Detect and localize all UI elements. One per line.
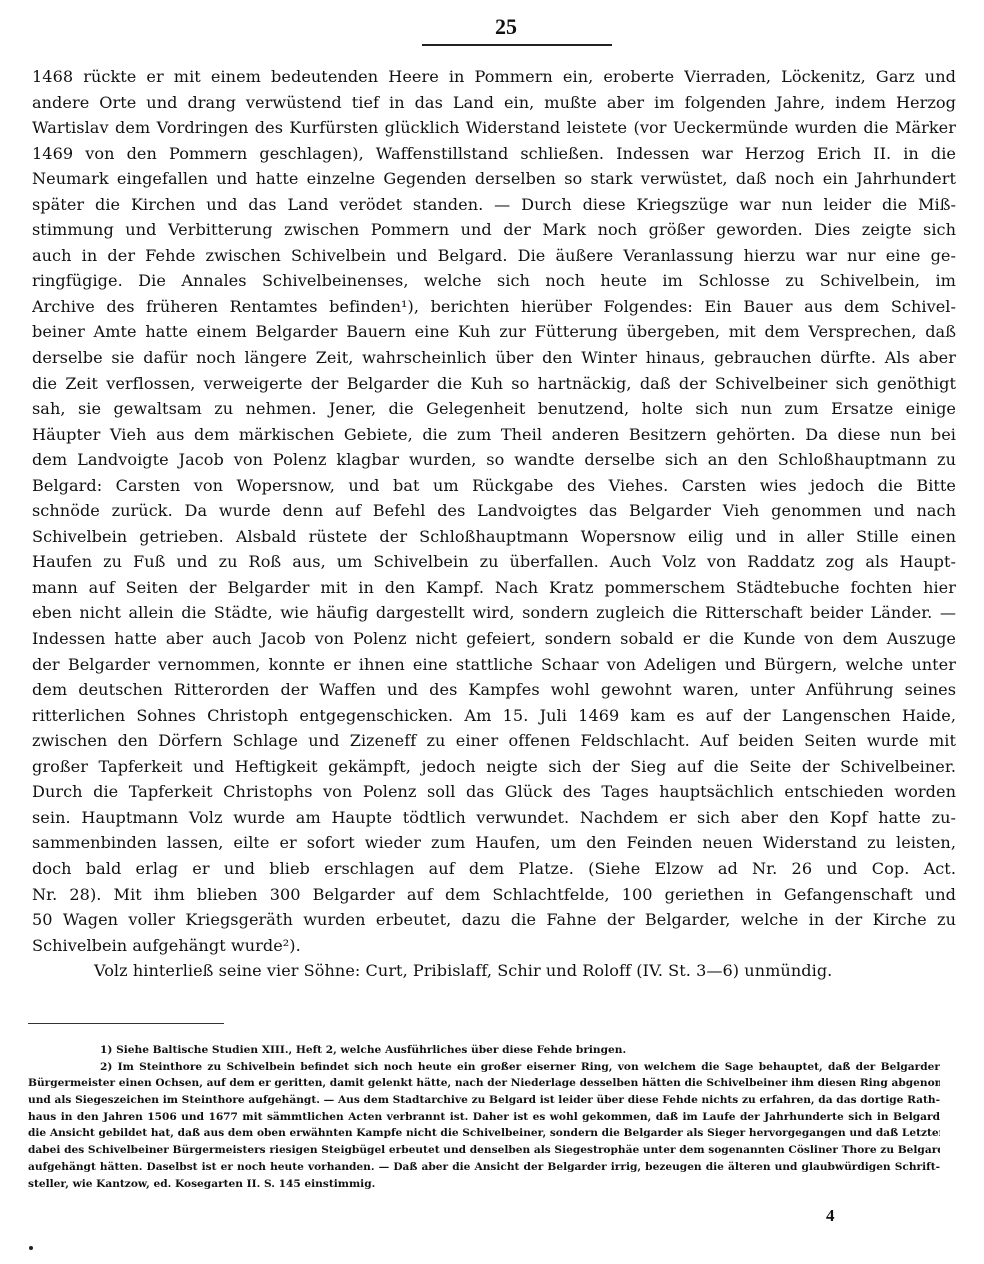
footnote-2-line: haus in den Jahren 1506 und 1677 mit säm… [28, 1109, 940, 1126]
header-rule [422, 44, 612, 46]
page-header: 25 [0, 14, 984, 40]
text-line: stimmung und Verbitterung zwischen Pomme… [32, 217, 956, 243]
text-line: mann auf Seiten der Belgarder mit in den… [32, 575, 956, 601]
footnote-2-line: steller, wie Kantzow, ed. Kosegarten II.… [28, 1176, 940, 1193]
footnote-2-line: aufgehängt hätten. Daselbst ist er noch … [28, 1159, 940, 1176]
text-line: Archive des früheren Rentamtes befinden¹… [32, 294, 956, 320]
text-line: Durch die Tapferkeit Christophs von Pole… [32, 779, 956, 805]
text-line: derselbe sie dafür noch längere Zeit, wa… [32, 345, 956, 371]
text-line: der Belgarder vernommen, konnte er ihnen… [32, 652, 956, 678]
footnote-2-line: die Ansicht gebildet hat, daß aus dem ob… [28, 1125, 940, 1142]
text-line: die Zeit verflossen, verweigerte der Bel… [32, 371, 956, 397]
text-line: Schivelbein aufgehängt wurde²). [32, 933, 956, 959]
footnote-separator [28, 1023, 224, 1024]
text-line: 1469 von den Pommern geschlagen), Waffen… [32, 141, 956, 167]
closing-paragraph: Volz hinterließ seine vier Söhne: Curt, … [32, 958, 956, 984]
text-line: ritterlichen Sohnes Christoph entgegensc… [32, 703, 956, 729]
main-text: 1468 rückte er mit einem bedeutenden Hee… [32, 64, 956, 984]
text-line: doch bald erlag er und blieb erschlagen … [32, 856, 956, 882]
text-line: dem deutschen Ritterorden der Waffen und… [32, 677, 956, 703]
text-line: später die Kirchen und das Land verödet … [32, 192, 956, 218]
text-line: beiner Amte hatte einem Belgarder Bauern… [32, 319, 956, 345]
text-line: sah, sie gewaltsam zu nehmen. Jener, die… [32, 396, 956, 422]
footnote-2-line: 2) Im Steinthore zu Schivelbein befindet… [28, 1059, 940, 1076]
text-line: Haufen zu Fuß und zu Roß aus, um Schivel… [32, 549, 956, 575]
text-line: Neumark eingefallen und hatte einzelne G… [32, 166, 956, 192]
text-line: Wartislav dem Vordringen des Kurfürsten … [32, 115, 956, 141]
text-line: eben nicht allein die Städte, wie häufig… [32, 600, 956, 626]
text-line: Belgard: Carsten von Wopersnow, und bat … [32, 473, 956, 499]
footnote-1: 1) Siehe Baltische Studien XIII., Heft 2… [28, 1042, 940, 1059]
text-line: schnöde zurück. Da wurde denn auf Befehl… [32, 498, 956, 524]
footnote-2-line: dabei des Schivelbeiner Bürgermeisters r… [28, 1142, 940, 1159]
footnotes: 1) Siehe Baltische Studien XIII., Heft 2… [28, 1042, 940, 1192]
signature-mark: 4 [826, 1206, 835, 1226]
text-line: Nr. 28). Mit ihm blieben 300 Belgarder a… [32, 882, 956, 908]
scan-speck [29, 1246, 33, 1250]
text-line: auch in der Fehde zwischen Schivelbein u… [32, 243, 956, 269]
footnote-2-line: und als Siegeszeichen im Steinthore aufg… [28, 1092, 940, 1109]
text-line: andere Orte und drang verwüstend tief in… [32, 90, 956, 116]
text-line: großer Tapferkeit und Heftigkeit gekämpf… [32, 754, 956, 780]
text-line: dem Landvoigte Jacob von Polenz klagbar … [32, 447, 956, 473]
text-line: 50 Wagen voller Kriegsgeräth wurden erbe… [32, 907, 956, 933]
text-line: 1468 rückte er mit einem bedeutenden Hee… [32, 64, 956, 90]
text-line: ringfügige. Die Annales Schivelbeinenses… [32, 268, 956, 294]
text-line: Indessen hatte aber auch Jacob von Polen… [32, 626, 956, 652]
text-line: sammenbinden lassen, eilte er sofort wie… [32, 830, 956, 856]
footnote-2-line: Bürgermeister einen Ochsen, auf dem er g… [28, 1075, 940, 1092]
text-line: zwischen den Dörfern Schlage und Zizenef… [32, 728, 956, 754]
page-number: 25 [495, 14, 517, 40]
text-line: sein. Hauptmann Volz wurde am Haupte töd… [32, 805, 956, 831]
text-line: Häupter Vieh aus dem märkischen Gebiete,… [32, 422, 956, 448]
text-line: Schivelbein getrieben. Alsbald rüstete d… [32, 524, 956, 550]
